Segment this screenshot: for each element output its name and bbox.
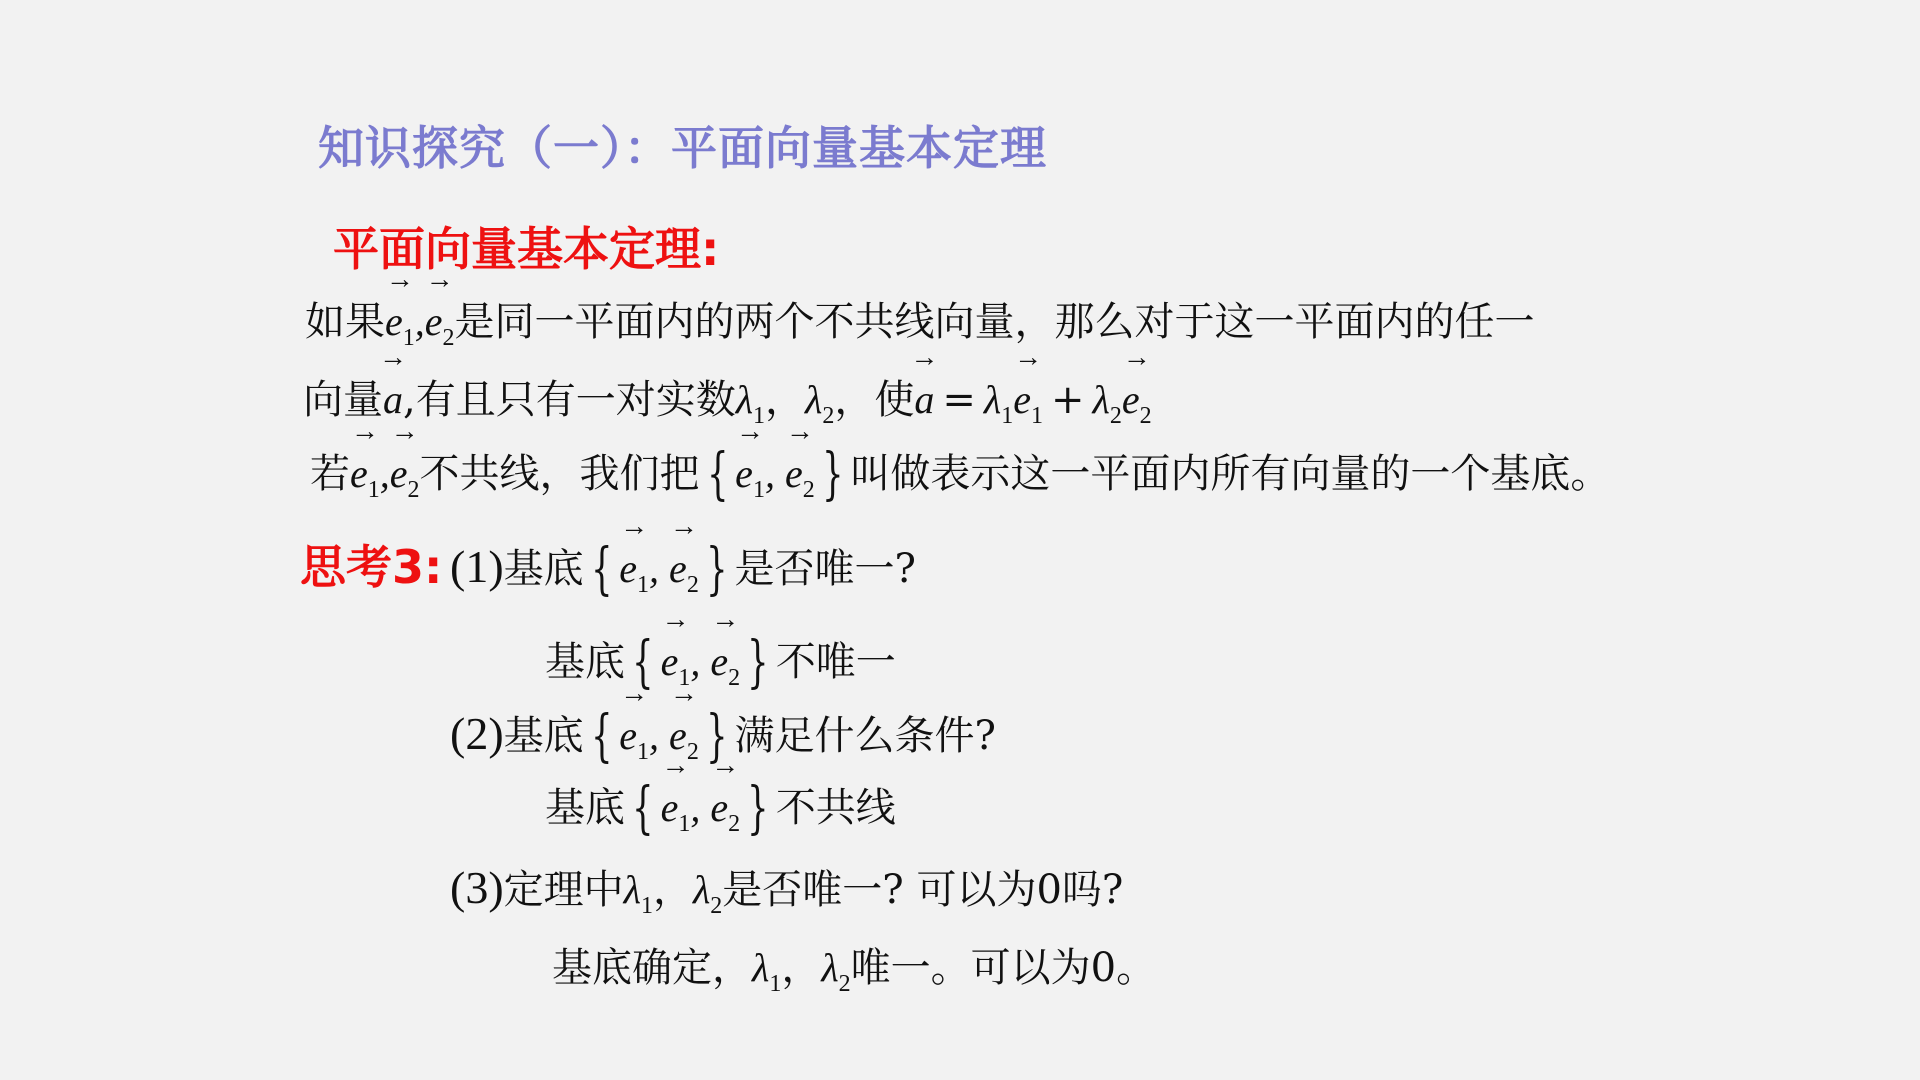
text: ,有且只有一对实数 <box>403 377 736 423</box>
vector-e1: e1 <box>350 440 380 518</box>
vector-e1: e1 <box>735 440 765 518</box>
vector-e2: e2 <box>785 440 815 518</box>
vector-e2: e2 <box>1122 366 1152 444</box>
right-brace: } <box>822 447 843 503</box>
vector-a: a <box>914 366 934 428</box>
text: 若 <box>310 451 350 497</box>
question-1: (1)基底{e1, e2}是否唯一? <box>450 535 916 613</box>
vector-e2: e2 <box>390 440 420 518</box>
answer-3: 基底确定，λ1，λ2唯一。可以为0。 <box>552 940 1156 1012</box>
text: 叫做表示这一平面内所有向量的一个基底。 <box>850 451 1610 497</box>
vector-e1: e1 <box>1013 366 1043 444</box>
slide-title: 知识探究（一）：平面向量基本定理 <box>318 112 1047 178</box>
text: 如果 <box>305 299 385 345</box>
theorem-line-3: 若e1,e2不共线，我们把{e1, e2}叫做表示这一平面内所有向量的一个基底。 <box>310 440 1610 518</box>
question-3: (3)定理中λ1，λ2是否唯一? 可以为0吗? <box>450 860 1123 934</box>
theorem-line-2: 向量a,有且只有一对实数λ1，λ2，使a=λ1e1+λ2e2 <box>303 366 1152 444</box>
text: 不共线，我们把 <box>420 451 700 497</box>
left-brace: { <box>707 447 728 503</box>
think-label: 思考3: <box>300 531 442 597</box>
text: 是同一平面内的两个不共线向量，那么对于这一平面内的任一 <box>455 299 1535 345</box>
vector-e2: e2 <box>425 288 455 366</box>
answer-1: 基底{e1, e2}不唯一 <box>545 628 896 706</box>
answer-2: 基底{e1, e2}不共线 <box>545 774 896 852</box>
